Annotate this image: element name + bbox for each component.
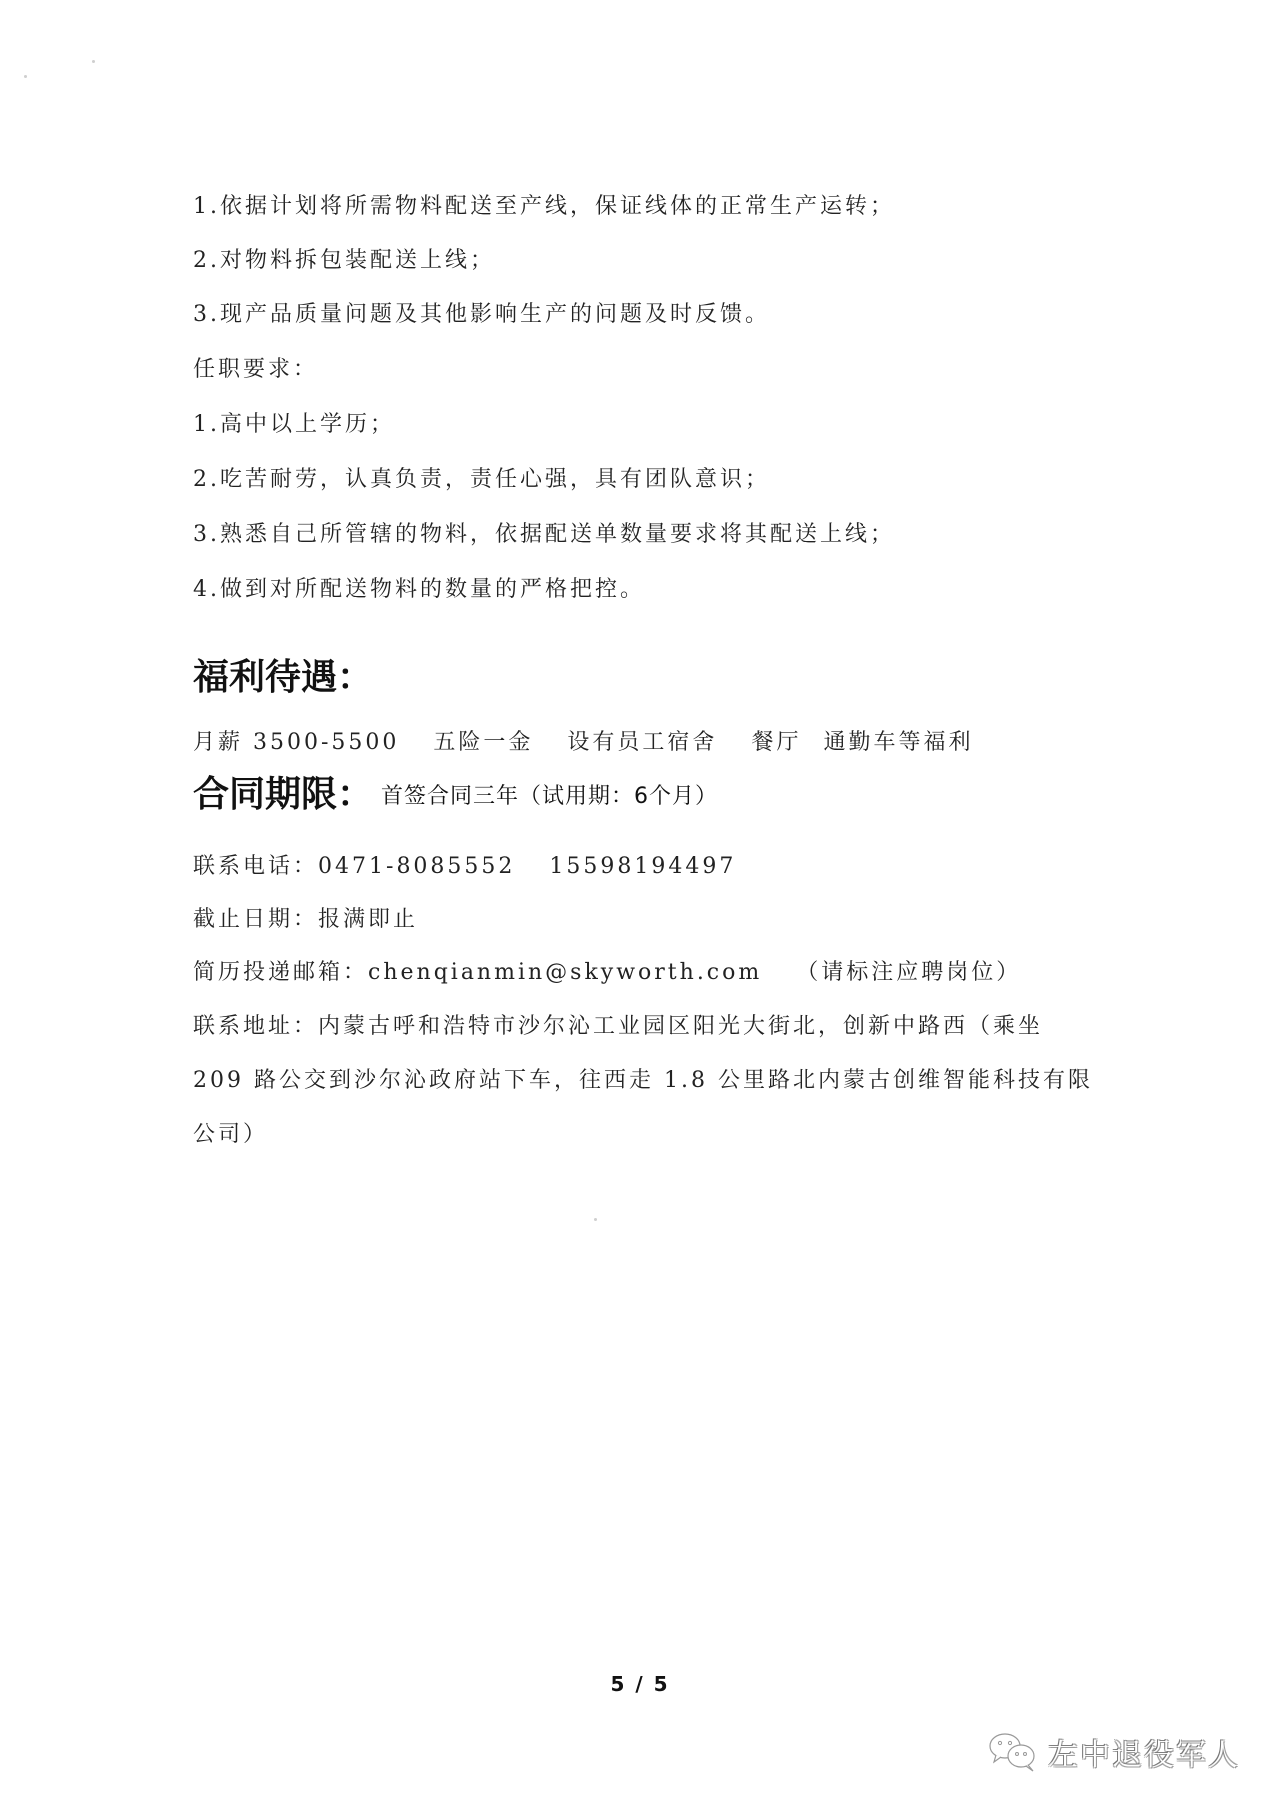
address-line-1: 联系地址：内蒙古呼和浩特市沙尔沁工业园区阳光大街北，创新中路西（乘坐 (193, 1012, 1043, 1042)
contract-heading-label: 合同期限： (193, 774, 373, 815)
benefits-line: 月薪 3500-5500五险一金设有员工宿舍餐厅通勤车等福利 (193, 728, 973, 758)
requirement-item-3: 3.熟悉自己所管辖的物料，依据配送单数量要求将其配送上线； (193, 520, 895, 550)
requirements-title: 任职要求： (193, 355, 318, 385)
watermark: 左中退役军人 (988, 1730, 1240, 1774)
duty-item-3: 3.现产品质量问题及其他影响生产的问题及时反馈。 (193, 300, 770, 330)
benefit-salary: 月薪 3500-5500 (193, 730, 399, 755)
scan-artifact (594, 1218, 597, 1221)
document-page: 1.依据计划将所需物料配送至产线，保证线体的正常生产运转； 2.对物料拆包装配送… (0, 0, 1280, 1809)
duty-item-1: 1.依据计划将所需物料配送至产线，保证线体的正常生产运转； (193, 192, 895, 222)
contract-heading: 合同期限：首签合同三年（试用期：6个月） (193, 773, 718, 819)
scan-artifact (92, 60, 95, 63)
address-line-3: 公司） (193, 1120, 268, 1150)
requirement-item-4: 4.做到对所配送物料的数量的严格把控。 (193, 575, 645, 605)
benefit-insurance: 五险一金 (433, 730, 533, 755)
wechat-icon (988, 1731, 1038, 1773)
phone-number-1: 0471-8085552 (318, 854, 515, 879)
address-line-2: 209 路公交到沙尔沁政府站下车，往西走 1.8 公里路北内蒙古创维智能科技有限 (193, 1066, 1093, 1096)
benefit-shuttle: 通勤车等福利 (823, 730, 973, 755)
deadline-value: 报满即止 (318, 907, 418, 932)
email-line: 简历投递邮箱：chenqianmin@skyworth.com（请标注应聘岗位） (193, 958, 1021, 988)
benefit-dormitory: 设有员工宿舍 (567, 730, 717, 755)
contact-phone-line: 联系电话：0471-808555215598194497 (193, 852, 736, 882)
phone-number-2: 15598194497 (549, 854, 736, 879)
scan-artifact (24, 75, 27, 78)
page-number: 5 / 5 (0, 1672, 1280, 1696)
deadline-label: 截止日期： (193, 907, 318, 932)
email-address: chenqianmin@skyworth.com (368, 960, 762, 985)
duty-item-2: 2.对物料拆包装配送上线； (193, 246, 495, 276)
email-label: 简历投递邮箱： (193, 960, 368, 985)
requirement-item-2: 2.吃苦耐劳，认真负责，责任心强，具有团队意识； (193, 465, 770, 495)
benefit-canteen: 餐厅 (751, 730, 801, 755)
contract-term: 首签合同三年（试用期：6个月） (381, 784, 718, 809)
benefits-heading: 福利待遇： (193, 656, 373, 700)
deadline-line: 截止日期：报满即止 (193, 905, 418, 935)
phone-label: 联系电话： (193, 854, 318, 879)
requirement-item-1: 1.高中以上学历； (193, 410, 395, 440)
watermark-text: 左中退役军人 (1048, 1730, 1240, 1774)
email-note: （请标注应聘岗位） (796, 960, 1021, 985)
